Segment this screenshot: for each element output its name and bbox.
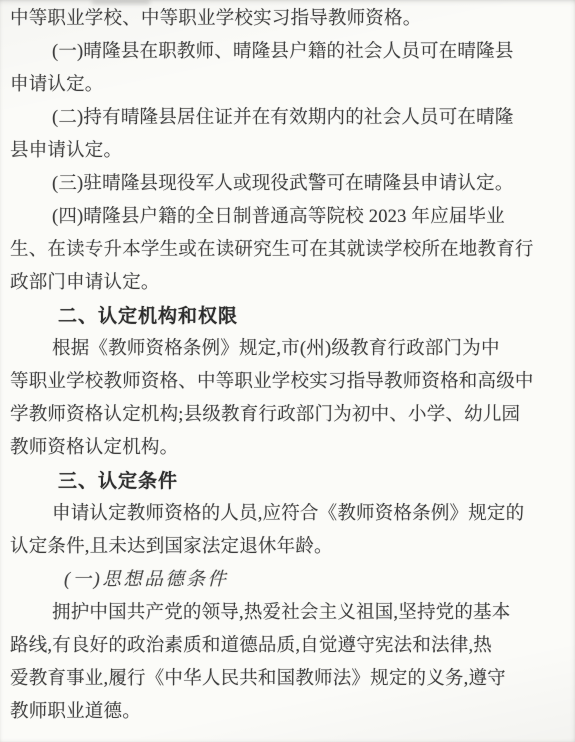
text-line: 县申请认定。 (10, 135, 545, 168)
text-line: (二)持有晴隆县居住证并在有效期内的社会人员可在晴隆 (10, 102, 545, 135)
text-line: 生、在读专升本学生或在读研究生可在其就读学校所在地教育行 (10, 234, 545, 267)
text-line: 中等职业学校、中等职业学校实习指导教师资格。 (10, 3, 545, 36)
subsection-heading: (一)思想品德条件 (10, 564, 545, 597)
text-line: (一)晴隆县在职教师、晴隆县户籍的社会人员可在晴隆县 (10, 36, 545, 69)
text-line: 路线,有良好的政治素质和道德品质,自觉遵守宪法和法律,热 (10, 630, 545, 663)
text-line: 拥护中国共产党的领导,热爱社会主义祖国,坚持党的基本 (10, 597, 545, 630)
text-line: 教师职业道德。 (10, 696, 545, 729)
text-line: 政部门申请认定。 (10, 267, 545, 300)
text-line: 申请认定教师资格的人员,应符合《教师资格条例》规定的 (10, 498, 545, 531)
text-line: (三)驻晴隆县现役军人或现役武警可在晴隆县申请认定。 (10, 168, 545, 201)
text-line: 申请认定。 (10, 69, 545, 102)
text-line: 等职业学校教师资格、中等职业学校实习指导教师资格和高级中 (10, 366, 545, 399)
text-line: (四)晴隆县户籍的全日制普通高等院校 2023 年应届毕业 (10, 201, 545, 234)
scanned-document-page: 中等职业学校、中等职业学校实习指导教师资格。 (一)晴隆县在职教师、晴隆县户籍的… (0, 0, 575, 742)
scan-smudge (92, 0, 150, 4)
text-line: 认定条件,且未达到国家法定退休年龄。 (10, 531, 545, 564)
text-line: 根据《教师资格条例》规定,市(州)级教育行政部门为中 (10, 333, 545, 366)
text-line: 教师资格认定机构。 (10, 432, 545, 465)
text-line: 爱教育事业,履行《中华人民共和国教师法》规定的义务,遵守 (10, 663, 545, 696)
section-heading-2: 二、认定机构和权限 (10, 300, 545, 333)
section-heading-3: 三、认定条件 (10, 465, 545, 498)
text-line: 学教师资格认定机构;县级教育行政部门为初中、小学、幼儿园 (10, 399, 545, 432)
